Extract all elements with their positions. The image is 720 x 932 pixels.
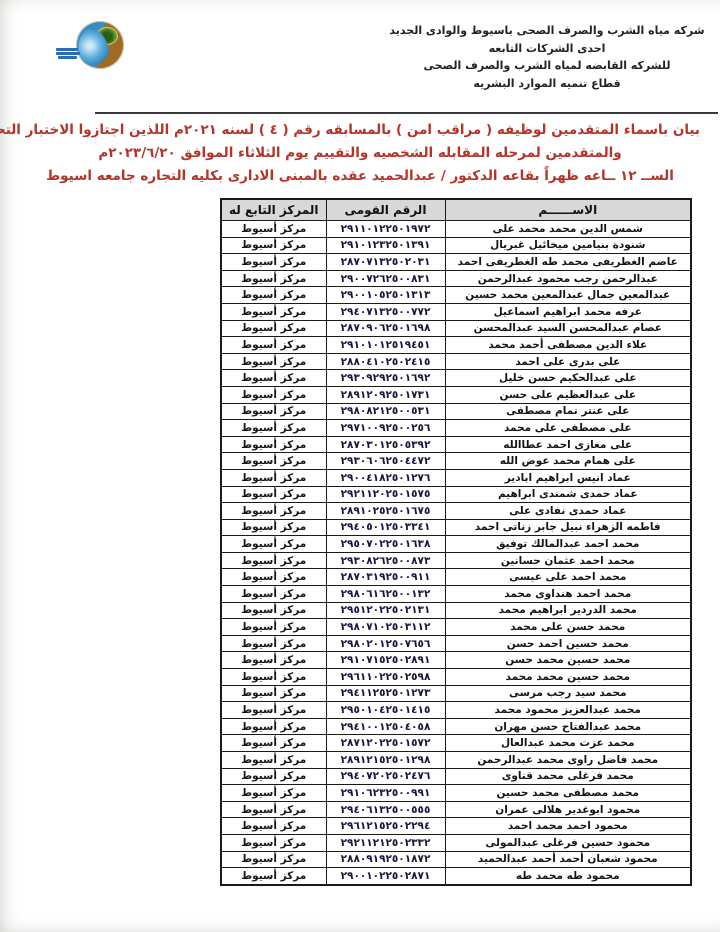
title-line-2: والمتقدمين لمرحله المقابله الشخصيه والتق… (20, 142, 700, 165)
org-line-4: قطاع تنميه الموارد البشريه (382, 75, 712, 93)
table-row: محمد حسين محمد محمد ٢٩٦١١٠٢٢٥٠٢٥٩٨ مركز … (221, 669, 691, 686)
table-row: محمد فرغلى محمد قناوى ٢٩٤٠٧٢٠٢٥٠٢٤٧٦ مرك… (221, 768, 691, 785)
table-row: محمد عزت محمد عبدالعال ٢٨٧١٢٠٢٢٥٠١٥٧٢ مر… (221, 735, 691, 752)
center-cell: مركز أسيوط (221, 436, 326, 453)
center-cell: مركز أسيوط (221, 569, 326, 586)
center-cell: مركز أسيوط (221, 834, 326, 851)
center-cell: مركز أسيوط (221, 868, 326, 885)
name-cell: محمد حسين محمد محمد (445, 669, 691, 686)
name-cell: عاصم الغطريفى محمد طه الغطريفى احمد (445, 254, 691, 271)
name-cell: عماد انيس ابراهيم ابادير (445, 469, 691, 486)
name-cell: على همام محمد عوض الله (445, 453, 691, 470)
logo-text-line (56, 48, 78, 51)
center-cell: مركز أسيوط (221, 552, 326, 569)
title-line-3: الســ ١٢ ــاعه ظهراً بقاعه الدكتور / عبد… (20, 165, 700, 188)
national-id-cell: ٢٩١١٠١٢٢٥٠١٩٧٢ (326, 221, 445, 238)
table-row: محمد حسين محمد حسن ٢٩١٠٧١٥٢٥٠٢٨٩١ مركز أ… (221, 652, 691, 669)
table-row: محمد عبدالفتاح حسن مهران ٢٩٤١٠٠١٢٥٠٤٠٥٨ … (221, 718, 691, 735)
table-row: محمود حسين فرغلى عبدالمولى ٢٩٢١١٢١٢٥٠٢٣٣… (221, 834, 691, 851)
national-id-cell: ٢٩٠٠١٠٢٢٥٠٢٨٧١ (326, 868, 445, 885)
name-cell: عبدالمعين جمال عبدالمعين محمد حسين (445, 287, 691, 304)
org-line-3: للشركه القابضه لمياه الشرب والصرف الصحى (382, 57, 712, 75)
center-cell: مركز أسيوط (221, 270, 326, 287)
center-cell: مركز أسيوط (221, 237, 326, 254)
national-id-cell: ٢٩٤٠٥٠١٢٥٠٣٣٤١ (326, 519, 445, 536)
org-line-1: شركه مياه الشرب والصرف الصحى باسيوط والو… (382, 22, 712, 40)
table-row: محمود ابوغدير هلالى عمران ٢٩٤٠٦١٣٢٥٠٠٥٥٥… (221, 801, 691, 818)
national-id-cell: ٢٩٣٠٨٢٦٢٥٠٠٨٧٣ (326, 552, 445, 569)
national-id-cell: ٢٩٥١٢٠٢٢٥٠٢١٣١ (326, 602, 445, 619)
national-id-cell: ٢٩٦١٢١٥٢٥٠٢٢٩٤ (326, 818, 445, 835)
national-id-cell: ٢٨٧٠٩٠٦٢٥٠١٦٩٨ (326, 320, 445, 337)
name-cell: محمد فرغلى محمد قناوى (445, 768, 691, 785)
table-row: على عبدالعظيم على حسن ٢٨٩١٢٠٩٢٥٠١٧٣١ مرك… (221, 386, 691, 403)
national-id-cell: ٢٩٠٠٧٢٦٢٥٠٠٨٣١ (326, 270, 445, 287)
name-cell: محمد سيد رجب مرسى (445, 685, 691, 702)
national-id-cell: ٢٩٤١٠٠١٢٥٠٤٠٥٨ (326, 718, 445, 735)
national-id-cell: ٢٩٤٠٧٢٠٢٥٠٢٤٧٦ (326, 768, 445, 785)
national-id-cell: ٢٩١٠٧١٥٢٥٠٢٨٩١ (326, 652, 445, 669)
name-cell: على بدرى على احمد (445, 353, 691, 370)
table-row: محمد عبدالعزيز محمود محمد ٢٩٥٠١٠٤٢٥٠١٤١٥… (221, 702, 691, 719)
center-cell: مركز أسيوط (221, 635, 326, 652)
name-cell: شمس الدين محمد محمد على (445, 221, 691, 238)
center-cell: مركز أسيوط (221, 619, 326, 636)
name-cell: محمد حسين محمد حسن (445, 652, 691, 669)
center-cell: مركز أسيوط (221, 602, 326, 619)
name-cell: عماد حمدى نفادى على (445, 503, 691, 520)
center-cell: مركز أسيوط (221, 536, 326, 553)
table-body: شمس الدين محمد محمد على ٢٩١١٠١٢٢٥٠١٩٧٢ م… (221, 221, 691, 885)
name-cell: عرفه محمد ابراهيم اسماعيل (445, 303, 691, 320)
table-row: محمد سيد رجب مرسى ٢٩٤١١٢٥٢٥٠١٢٧٣ مركز أس… (221, 685, 691, 702)
table-row: محمود شعبان أحمد أحمد عبدالحميد ٢٨٨٠٩١٩٢… (221, 851, 691, 868)
table-row: محمد فاضل راوى محمد عبدالرحمن ٢٨٩١٢١٥٢٥٠… (221, 752, 691, 769)
table-row: عرفه محمد ابراهيم اسماعيل ٢٩٤٠٧١٣٢٥٠٠٧٧٢… (221, 303, 691, 320)
title-line-1: بيان باسماء المتقدمين لوظيفه ( مراقب امن… (20, 119, 700, 142)
national-id-cell: ٢٩٣٠٩٢٩٢٥٠١٦٩٢ (326, 370, 445, 387)
column-header-national-id: الرقم القومى (326, 199, 445, 221)
national-id-cell: ٢٩١٠٦٢٣٢٥٠٠٩٩١ (326, 785, 445, 802)
national-id-cell: ٢٩٤٠٧١٣٢٥٠٠٧٧٢ (326, 303, 445, 320)
center-cell: مركز أسيوط (221, 287, 326, 304)
table-row: عماد حمدى شمندى ابراهيم ٢٩٢١١٢٠٢٥٠١٥٧٥ م… (221, 486, 691, 503)
name-cell: محمد احمد عثمان حسانين (445, 552, 691, 569)
column-header-name: الاســــــم (445, 199, 691, 221)
table-row: فاطمه الزهراء نبيل جابر زناتى احمد ٢٩٤٠٥… (221, 519, 691, 536)
center-cell: مركز أسيوط (221, 851, 326, 868)
table-row: محمود احمد محمد احمد ٢٩٦١٢١٥٢٥٠٢٢٩٤ مركز… (221, 818, 691, 835)
center-cell: مركز أسيوط (221, 801, 326, 818)
center-cell: مركز أسيوط (221, 586, 326, 603)
name-cell: محمد عبدالفتاح حسن مهران (445, 718, 691, 735)
national-id-cell: ٢٩٢١١٢٠٢٥٠١٥٧٥ (326, 486, 445, 503)
center-cell: مركز أسيوط (221, 420, 326, 437)
national-id-cell: ٢٩٤٠٦١٣٢٥٠٠٥٥٥ (326, 801, 445, 818)
national-id-cell: ٢٩٢١١٢١٢٥٠٢٣٣٢ (326, 834, 445, 851)
center-cell: مركز أسيوط (221, 370, 326, 387)
table-row: شنودة بنيامين ميخائيل غبريال ٢٩١٠١٢٣٢٥٠١… (221, 237, 691, 254)
name-cell: محمد حسن على محمد (445, 619, 691, 636)
applicants-table: الاســــــم الرقم القومى المركز التابع ل… (220, 198, 692, 886)
center-cell: مركز أسيوط (221, 337, 326, 354)
national-id-cell: ٢٨٧٠٣٠١٢٥٠٥٣٩٢ (326, 436, 445, 453)
table-row: محمد حسين احمد حسن ٢٩٨٠٢٠١٢٥٠٧٦٥٦ مركز أ… (221, 635, 691, 652)
national-id-cell: ٢٨٧٠٧١٣٢٥٠٢٠٣١ (326, 254, 445, 271)
center-cell: مركز أسيوط (221, 486, 326, 503)
table-row: عصام عبدالمحسن السيد عبدالمحسن ٢٨٧٠٩٠٦٢٥… (221, 320, 691, 337)
name-cell: محمود شعبان أحمد أحمد عبدالحميد (445, 851, 691, 868)
national-id-cell: ٢٩٨٠٧١٠٢٥٠٣١١٢ (326, 619, 445, 636)
table-row: محمد حسن على محمد ٢٩٨٠٧١٠٢٥٠٣١١٢ مركز أس… (221, 619, 691, 636)
table-header-row: الاســــــم الرقم القومى المركز التابع ل… (221, 199, 691, 221)
name-cell: محمد فاضل راوى محمد عبدالرحمن (445, 752, 691, 769)
table-row: على همام محمد عوض الله ٢٩٣٠٦٠٦٢٥٠٤٤٧٢ مر… (221, 453, 691, 470)
name-cell: عصام عبدالمحسن السيد عبدالمحسن (445, 320, 691, 337)
org-line-2: احدى الشركات التابعه (382, 40, 712, 58)
table-row: على عبدالحكيم حسن خليل ٢٩٣٠٩٢٩٢٥٠١٦٩٢ مر… (221, 370, 691, 387)
name-cell: محمود حسين فرغلى عبدالمولى (445, 834, 691, 851)
center-cell: مركز أسيوط (221, 718, 326, 735)
national-id-cell: ٢٩٨٠٦١٦٢٥٠٠١٣٢ (326, 586, 445, 603)
center-cell: مركز أسيوط (221, 353, 326, 370)
center-cell: مركز أسيوط (221, 221, 326, 238)
center-cell: مركز أسيوط (221, 403, 326, 420)
name-cell: على عبدالعظيم على حسن (445, 386, 691, 403)
name-cell: محمد الدردير ابراهيم محمد (445, 602, 691, 619)
name-cell: محمود ابوغدير هلالى عمران (445, 801, 691, 818)
national-id-cell: ٢٩١٠١٢٣٢٥٠١٣٩١ (326, 237, 445, 254)
table-row: محمد احمد هنداوى محمد ٢٩٨٠٦١٦٢٥٠٠١٣٢ مرك… (221, 586, 691, 603)
name-cell: محمد عبدالعزيز محمود محمد (445, 702, 691, 719)
national-id-cell: ٢٩٤١١٢٥٢٥٠١٢٧٣ (326, 685, 445, 702)
center-cell: مركز أسيوط (221, 818, 326, 835)
name-cell: على مصطفى على محمد (445, 420, 691, 437)
center-cell: مركز أسيوط (221, 469, 326, 486)
national-id-cell: ٢٩٨٠٢٠١٢٥٠٧٦٥٦ (326, 635, 445, 652)
company-logo-icon (56, 21, 134, 75)
center-cell: مركز أسيوط (221, 669, 326, 686)
table-row: عبدالرحمن رجب محمود عبدالرحمن ٢٩٠٠٧٢٦٢٥٠… (221, 270, 691, 287)
name-cell: محمود طه محمد طه (445, 868, 691, 885)
header-divider (95, 112, 718, 114)
table-row: عبدالمعين جمال عبدالمعين محمد حسين ٢٩٠٠١… (221, 287, 691, 304)
center-cell: مركز أسيوط (221, 303, 326, 320)
name-cell: محمد احمد على عيسى (445, 569, 691, 586)
logo-text-line (58, 56, 77, 59)
name-cell: محمد عزت محمد عبدالعال (445, 735, 691, 752)
national-id-cell: ٢٩٠٠١٠٥٢٥٠١٣١٣ (326, 287, 445, 304)
name-cell: فاطمه الزهراء نبيل جابر زناتى احمد (445, 519, 691, 536)
table-row: علاء الدين مصطفى أحمد محمد ٢٩١٠١٠١٢٥١٩٤٥… (221, 337, 691, 354)
table-row: عماد حمدى نفادى على ٢٨٩١٠٢٥٢٥٠١٦٧٥ مركز … (221, 503, 691, 520)
name-cell: محمد احمد هنداوى محمد (445, 586, 691, 603)
table-row: محمد احمد عبدالمالك توفيق ٢٩٥٠٧٠٢٢٥٠١٦٣٨… (221, 536, 691, 553)
center-cell: مركز أسيوط (221, 768, 326, 785)
name-cell: على عنتر تمام مصطفى (445, 403, 691, 420)
center-cell: مركز أسيوط (221, 254, 326, 271)
table-row: شمس الدين محمد محمد على ٢٩١١٠١٢٢٥٠١٩٧٢ م… (221, 221, 691, 238)
name-cell: محمود احمد محمد احمد (445, 818, 691, 835)
national-id-cell: ٢٩٦١١٠٢٢٥٠٢٥٩٨ (326, 669, 445, 686)
table-row: محمود طه محمد طه ٢٩٠٠١٠٢٢٥٠٢٨٧١ مركز أسي… (221, 868, 691, 885)
national-id-cell: ٢٩٣٠٦٠٦٢٥٠٤٤٧٢ (326, 453, 445, 470)
table-row: محمد احمد على عيسى ٢٨٧٠٣١٩٢٥٠٠٩١١ مركز أ… (221, 569, 691, 586)
name-cell: محمد حسين احمد حسن (445, 635, 691, 652)
center-cell: مركز أسيوط (221, 386, 326, 403)
national-id-cell: ٢٩٥٠١٠٤٢٥٠١٤١٥ (326, 702, 445, 719)
name-cell: علاء الدين مصطفى أحمد محمد (445, 337, 691, 354)
center-cell: مركز أسيوط (221, 519, 326, 536)
table-row: على مغازى احمد عطاالله ٢٨٧٠٣٠١٢٥٠٥٣٩٢ مر… (221, 436, 691, 453)
name-cell: عبدالرحمن رجب محمود عبدالرحمن (445, 270, 691, 287)
name-cell: محمد احمد عبدالمالك توفيق (445, 536, 691, 553)
center-cell: مركز أسيوط (221, 702, 326, 719)
name-cell: محمد مصطفى محمد حسين (445, 785, 691, 802)
national-id-cell: ٢٩٠٠٤١٨٢٥٠١٢٧٦ (326, 469, 445, 486)
national-id-cell: ٢٨٨٠٩١٩٢٥٠١٨٧٢ (326, 851, 445, 868)
name-cell: شنودة بنيامين ميخائيل غبريال (445, 237, 691, 254)
table-row: محمد مصطفى محمد حسين ٢٩١٠٦٢٣٢٥٠٠٩٩١ مركز… (221, 785, 691, 802)
announcement-title: بيان باسماء المتقدمين لوظيفه ( مراقب امن… (20, 119, 700, 188)
scanned-document-page: شركه مياه الشرب والصرف الصحى باسيوط والو… (0, 0, 720, 932)
column-header-center: المركز التابع له (221, 199, 326, 221)
center-cell: مركز أسيوط (221, 652, 326, 669)
center-cell: مركز أسيوط (221, 752, 326, 769)
national-id-cell: ٢٨٨٠٤١٠٢٥٠٢٤١٥ (326, 353, 445, 370)
table-row: عماد انيس ابراهيم ابادير ٢٩٠٠٤١٨٢٥٠١٢٧٦ … (221, 469, 691, 486)
national-id-cell: ٢٨٩١٢١٥٢٥٠١٢٩٨ (326, 752, 445, 769)
logo-text-line (56, 52, 80, 55)
table-row: محمد احمد عثمان حسانين ٢٩٣٠٨٢٦٢٥٠٠٨٧٣ مر… (221, 552, 691, 569)
center-cell: مركز أسيوط (221, 785, 326, 802)
national-id-cell: ٢٩٥٠٧٠٢٢٥٠١٦٣٨ (326, 536, 445, 553)
national-id-cell: ٢٩١٠١٠١٢٥١٩٤٥١ (326, 337, 445, 354)
center-cell: مركز أسيوط (221, 503, 326, 520)
national-id-cell: ٢٩٧١٠٠٩٢٥٠٠٢٥٦ (326, 420, 445, 437)
national-id-cell: ٢٨٩١٢٠٩٢٥٠١٧٣١ (326, 386, 445, 403)
table-row: عاصم الغطريفى محمد طه الغطريفى احمد ٢٨٧٠… (221, 254, 691, 271)
table-row: على عنتر تمام مصطفى ٢٩٨٠٨٢١٢٥٠٠٥٣١ مركز … (221, 403, 691, 420)
national-id-cell: ٢٨٧١٢٠٢٢٥٠١٥٧٢ (326, 735, 445, 752)
name-cell: على مغازى احمد عطاالله (445, 436, 691, 453)
national-id-cell: ٢٨٧٠٣١٩٢٥٠٠٩١١ (326, 569, 445, 586)
table-row: محمد الدردير ابراهيم محمد ٢٩٥١٢٠٢٢٥٠٢١٣١… (221, 602, 691, 619)
center-cell: مركز أسيوط (221, 453, 326, 470)
org-letterhead: شركه مياه الشرب والصرف الصحى باسيوط والو… (382, 22, 712, 92)
name-cell: على عبدالحكيم حسن خليل (445, 370, 691, 387)
center-cell: مركز أسيوط (221, 685, 326, 702)
national-id-cell: ٢٨٩١٠٢٥٢٥٠١٦٧٥ (326, 503, 445, 520)
national-id-cell: ٢٩٨٠٨٢١٢٥٠٠٥٣١ (326, 403, 445, 420)
center-cell: مركز أسيوط (221, 320, 326, 337)
center-cell: مركز أسيوط (221, 735, 326, 752)
table-row: على بدرى على احمد ٢٨٨٠٤١٠٢٥٠٢٤١٥ مركز أس… (221, 353, 691, 370)
name-cell: عماد حمدى شمندى ابراهيم (445, 486, 691, 503)
table-row: على مصطفى على محمد ٢٩٧١٠٠٩٢٥٠٠٢٥٦ مركز أ… (221, 420, 691, 437)
